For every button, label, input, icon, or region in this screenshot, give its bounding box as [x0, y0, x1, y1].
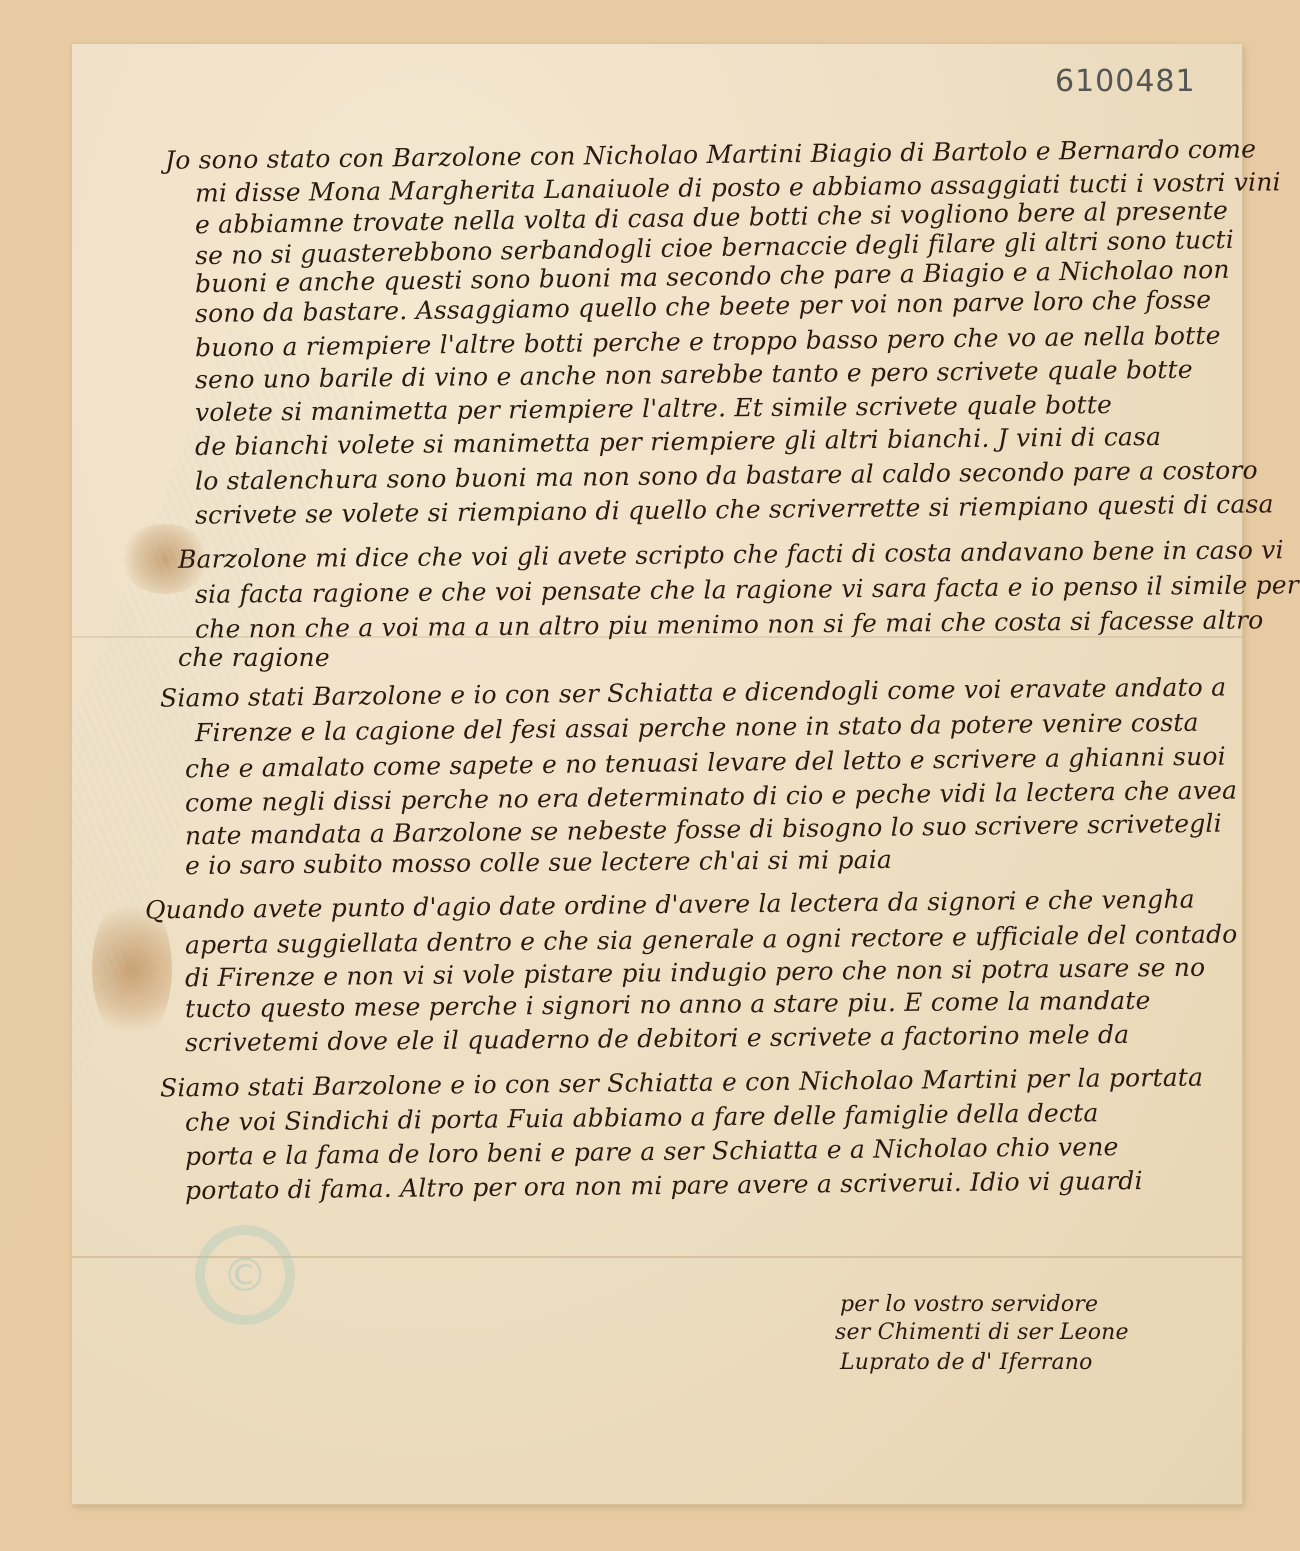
catalog-number: 6100481 — [1055, 64, 1196, 99]
signature-line: Luprato de d' Iferrano — [840, 1350, 1093, 1375]
signature-line: per lo vostro servidore — [840, 1292, 1098, 1317]
copyright-watermark-icon: © — [195, 1225, 295, 1325]
signature-line: ser Chimenti di ser Leone — [835, 1320, 1129, 1345]
text-line: che ragione — [178, 643, 330, 672]
text-line: e io saro subito mosso colle sue lectere… — [185, 845, 892, 880]
